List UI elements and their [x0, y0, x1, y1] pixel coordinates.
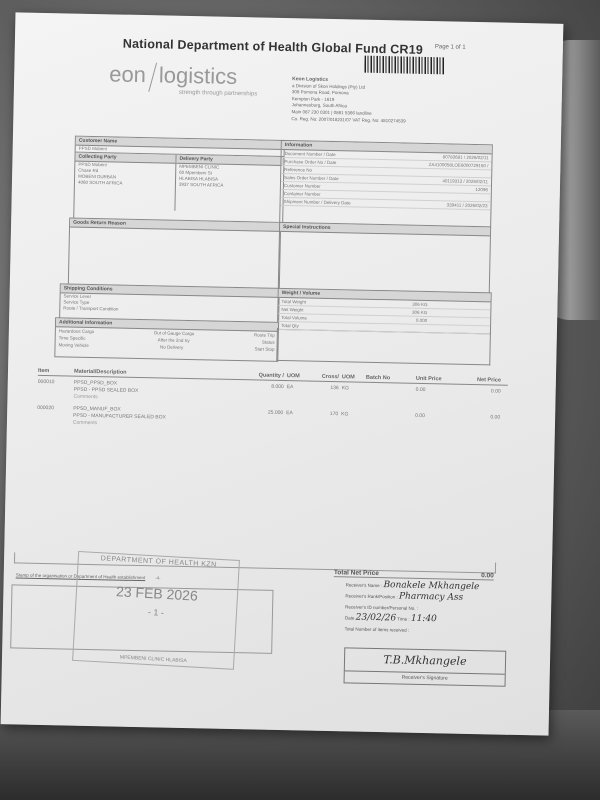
info-label: Document Number / Date [285, 150, 336, 158]
customer-box: Customer Name PPSD Mobeni Collecting Par… [73, 136, 285, 224]
item-number: 000020 [37, 405, 73, 412]
special-instructions-box: Special Instructions [278, 222, 491, 294]
weight-label: Total Weight [281, 298, 306, 306]
additional-info-box: Additional Information Hazardous CargoOu… [54, 317, 279, 362]
page-number: Page 1 of 1 [435, 44, 466, 51]
total-value: 0.00 [481, 572, 494, 579]
total-label: Total Net Price [334, 569, 379, 577]
item-qty: 8.000 [224, 383, 284, 390]
col-material: Material/Description [74, 369, 224, 378]
collecting-party: Collecting Party PPSD Mobeni Chase Rd MO… [74, 153, 176, 211]
date-value: 23/02/26 [356, 613, 397, 624]
item-uom: EA [283, 410, 308, 417]
stamp-line: MPEMBENI CLINIC HLABISA [73, 652, 233, 667]
items-table: Item Material/Description Quantity / UOM… [37, 368, 508, 435]
delivery-party: Delivery Party MPEMBENI CLINIC 60 Mpembe… [175, 155, 283, 213]
barcode [364, 56, 444, 75]
col-uom2: UOM [339, 374, 366, 381]
col-gross: Cross/ [309, 374, 339, 381]
info-label: Customer Number [284, 182, 321, 190]
stamp-line: - 1 - [76, 603, 236, 622]
items-received-label: Total Number of items received : [345, 626, 410, 632]
receiver-id-label: Receiver's ID number/Personal No. : [345, 604, 418, 611]
col-batch: Batch No [366, 375, 416, 382]
item-batch [366, 386, 416, 393]
item-net-price: 0.00 [461, 388, 501, 395]
special-instructions-label: Special Instructions [280, 223, 490, 236]
info-label: Purchase Order No / Date [284, 158, 336, 166]
information-box: Information Document Number / Date807836… [279, 140, 493, 228]
receiver-signature: T.B.Mkhangele [345, 648, 505, 674]
info-value: 80783681 / 2026/02/11 [443, 153, 489, 161]
time-value: 11:40 [411, 614, 437, 625]
receiver-name-label: Receiver's Name : [346, 582, 383, 588]
item-net-price: 0.00 [460, 414, 500, 421]
item-unit-price: 0.00 [416, 387, 461, 394]
receiver-section: Receiver's Name : Bonakele Mkhangele Rec… [345, 579, 480, 637]
collecting-line: 4060 SOUTH AFRICA [75, 180, 175, 188]
document-title: National Department of Health Global Fun… [123, 37, 423, 57]
item-number: 000010 [38, 379, 74, 386]
signature-box: T.B.Mkhangele Receiver's Signature [344, 647, 507, 686]
notes-box [276, 328, 491, 365]
item-uom: EA [284, 384, 309, 391]
receiver-rank-label: Receiver's Rank/Position : [345, 593, 397, 599]
item-weight-uom: KG [338, 411, 365, 418]
tagline: strength through partnerships [179, 90, 257, 98]
info-label: Container Number [284, 190, 321, 198]
info-label: Reference No [284, 166, 312, 174]
weight-label: Net Weight [281, 306, 303, 313]
stamp-date: 23 FEB 2026 [77, 581, 238, 606]
items-received-row: Total Number of items received : [345, 623, 479, 637]
col-unit-price: Unit Price [416, 376, 461, 383]
goods-return-label: Goods Return Reason [70, 219, 280, 232]
additional-cell: No Delivery [160, 343, 183, 350]
item-weight-uom: KG [339, 385, 366, 392]
time-label: Time : [397, 616, 409, 621]
receiver-name-value: Bonakele Mkhangele [383, 580, 479, 592]
info-label: Shipment Number / Delivery Date [284, 198, 351, 206]
logo-logistics: logistics [159, 62, 238, 89]
weight-value: 306 KG [412, 309, 427, 316]
additional-cell: Start Stop [254, 345, 274, 352]
col-net-price: Net Price [461, 377, 501, 384]
receiver-rank-value: Pharmacy Ass [399, 592, 463, 603]
date-label: Date [345, 615, 355, 620]
item-weight: 170 [308, 411, 338, 418]
weight-value: 0.000 [416, 317, 427, 324]
delivery-line: 3937 SOUTH AFRICA [176, 182, 283, 190]
goods-return-box: Goods Return Reason [68, 218, 281, 290]
col-uom: UOM [284, 373, 309, 380]
col-quantity: Quantity / [224, 372, 284, 379]
info-value: 12096 [475, 186, 488, 193]
col-item: Item [38, 368, 74, 375]
item-unit-price: 0.00 [415, 413, 460, 420]
weight-volume-box: Weight / Volume Total Weight306 KG Net W… [277, 288, 492, 334]
table-row: 000020 PPSD_MANUF_BOX 25.000 EA 170 KG 0… [37, 405, 507, 435]
address-line: Co. Reg. No: 2007/018231/07 VAT Reg. No:… [291, 116, 405, 125]
info-label: Sales Order Number / Date [284, 174, 339, 182]
official-stamp: DEPARTMENT OF HEALTH KZN -4- 23 FEB 2026… [72, 551, 240, 670]
company-logo: eonlogistics [109, 61, 238, 94]
company-address: Keon Logistics a Division of Skon Holdin… [291, 76, 406, 125]
delivery-note-document: National Department of Health Global Fun… [1, 12, 564, 735]
weight-value: 306 KG [412, 301, 427, 308]
info-value: 339411 / 2026/02/23 [447, 201, 488, 209]
weight-label: Total Volume [281, 314, 307, 322]
info-value: ZA4100058LOE6000729150 / [429, 161, 489, 169]
item-weight: 136 [309, 385, 339, 392]
info-value: 40119313 / 2026/02/11 [442, 177, 488, 185]
item-comments: Comments [73, 394, 97, 401]
logo-eon: eon [109, 61, 146, 87]
additional-cell: Moving Vehicle [58, 341, 88, 349]
signature-label: Receiver's Signature [345, 671, 505, 684]
logo-divider [148, 63, 157, 92]
item-batch [365, 412, 415, 419]
item-comments: Comments [73, 420, 97, 427]
item-qty: 25.000 [223, 409, 283, 416]
